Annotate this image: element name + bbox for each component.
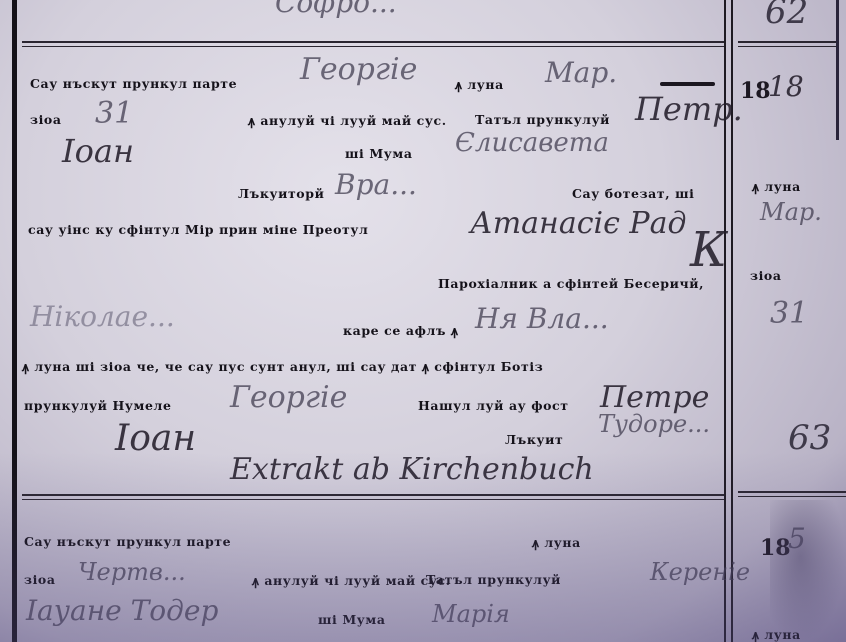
day-handwritten: Чертв... [78,558,186,586]
left-margin-name-handwritten: Іауане Тодер [26,594,218,627]
born-child-label: Сау нъскут прункул парте [24,534,231,549]
father-label: Татъл прункулуй [475,112,610,127]
margin-separator-line [738,491,846,493]
page-number-62: 62 [765,0,808,32]
right-month-label: ꙟ луна [752,626,801,642]
church-location-handwritten: Ніколае... [30,300,175,333]
chrism-label: сау уінс ку сфінтул Мір прин міне Преоту… [28,222,368,237]
godfather-residence-handwritten: Тудоре... [598,410,710,438]
day-label: зіоа [24,572,56,587]
right-month-label: ꙟ луна [752,178,801,195]
right-month-handwritten: Мар. [760,198,822,226]
godparents-handwritten: Вра... [335,168,417,201]
child-name-label: прункулуй Нумеле [24,398,172,413]
mother-handwritten: Єлисавета [455,128,609,158]
residents-label: Лъкуиторй [238,186,324,201]
record-separator-line-thin [22,499,724,500]
margin-separator-line [738,41,836,43]
month-label: ꙟ луна [532,534,581,551]
top-fragment-handwriting: Софро... [275,0,397,19]
record-separator-line [22,41,724,43]
month-day-baptism-label: ꙟ луна ші зіоа че, че сау пус сунт анул,… [22,358,543,375]
margin-separator-line-thin [738,496,846,497]
left-signature-handwritten: Іоан [115,418,196,459]
child-name-handwritten: Георгіе [300,52,417,87]
father-handwritten: Кереніе [650,558,750,586]
right-day-label: зіоа [750,268,782,283]
father-handwritten: Петр. [635,90,743,128]
record-separator-line [22,494,724,496]
month-handwritten: Мар. [545,56,617,89]
born-child-label: Сау нъскут прункул парте [30,76,237,91]
mother-handwritten: Марія [432,600,510,628]
page-number-63: 63 [788,418,831,458]
priest-signature-mark: К [690,222,727,278]
right-day-handwritten: 31 [770,296,808,331]
godfather-label: Нашул луй ау фост [418,398,569,413]
year-handwritten: 5 [788,522,806,555]
register-page: Софро... 62 Сау нъскут прункул парте Гео… [0,0,846,642]
year-printed: 18 [760,535,791,561]
father-label: Татъл прункулуй [426,572,561,587]
left-border-line [12,0,17,642]
mother-label: ші Мума [318,612,386,627]
mother-label: ші Мума [345,146,413,161]
church-label: каре се афлъ ꙟ [343,322,458,339]
record-separator-line-thin [22,46,724,47]
parish-label: Парохіалник а сфінтей Бесеричй, [438,276,704,291]
year-label: ꙟ анулуй чі лууй май сус. [252,572,451,589]
priest-name-handwritten: Атанасіє Рад [470,206,687,241]
left-margin-name-handwritten: Іоан [62,132,134,170]
ink-stroke [660,82,715,86]
month-label: ꙟ луна [455,76,504,93]
baptized-label: Сау ботезат, ші [572,186,694,201]
water-stain [770,500,846,642]
year-handwritten: 18 [768,70,804,103]
resident-label: Лъкуит [505,432,563,447]
extract-note-handwritten: Extrakt ab Kirchenbuch [230,452,594,487]
year-printed: 18 [740,78,771,104]
day-label: зіоа [30,112,62,127]
church-name-handwritten: Ня Вла... [475,302,609,335]
baptism-name-handwritten: Георгіе [230,380,347,415]
day-handwritten: 31 [95,96,133,131]
margin-separator-line-thin [738,46,836,47]
year-label: ꙟ анулуй чі лууй май сус. [248,112,447,129]
right-edge-line [836,0,839,140]
